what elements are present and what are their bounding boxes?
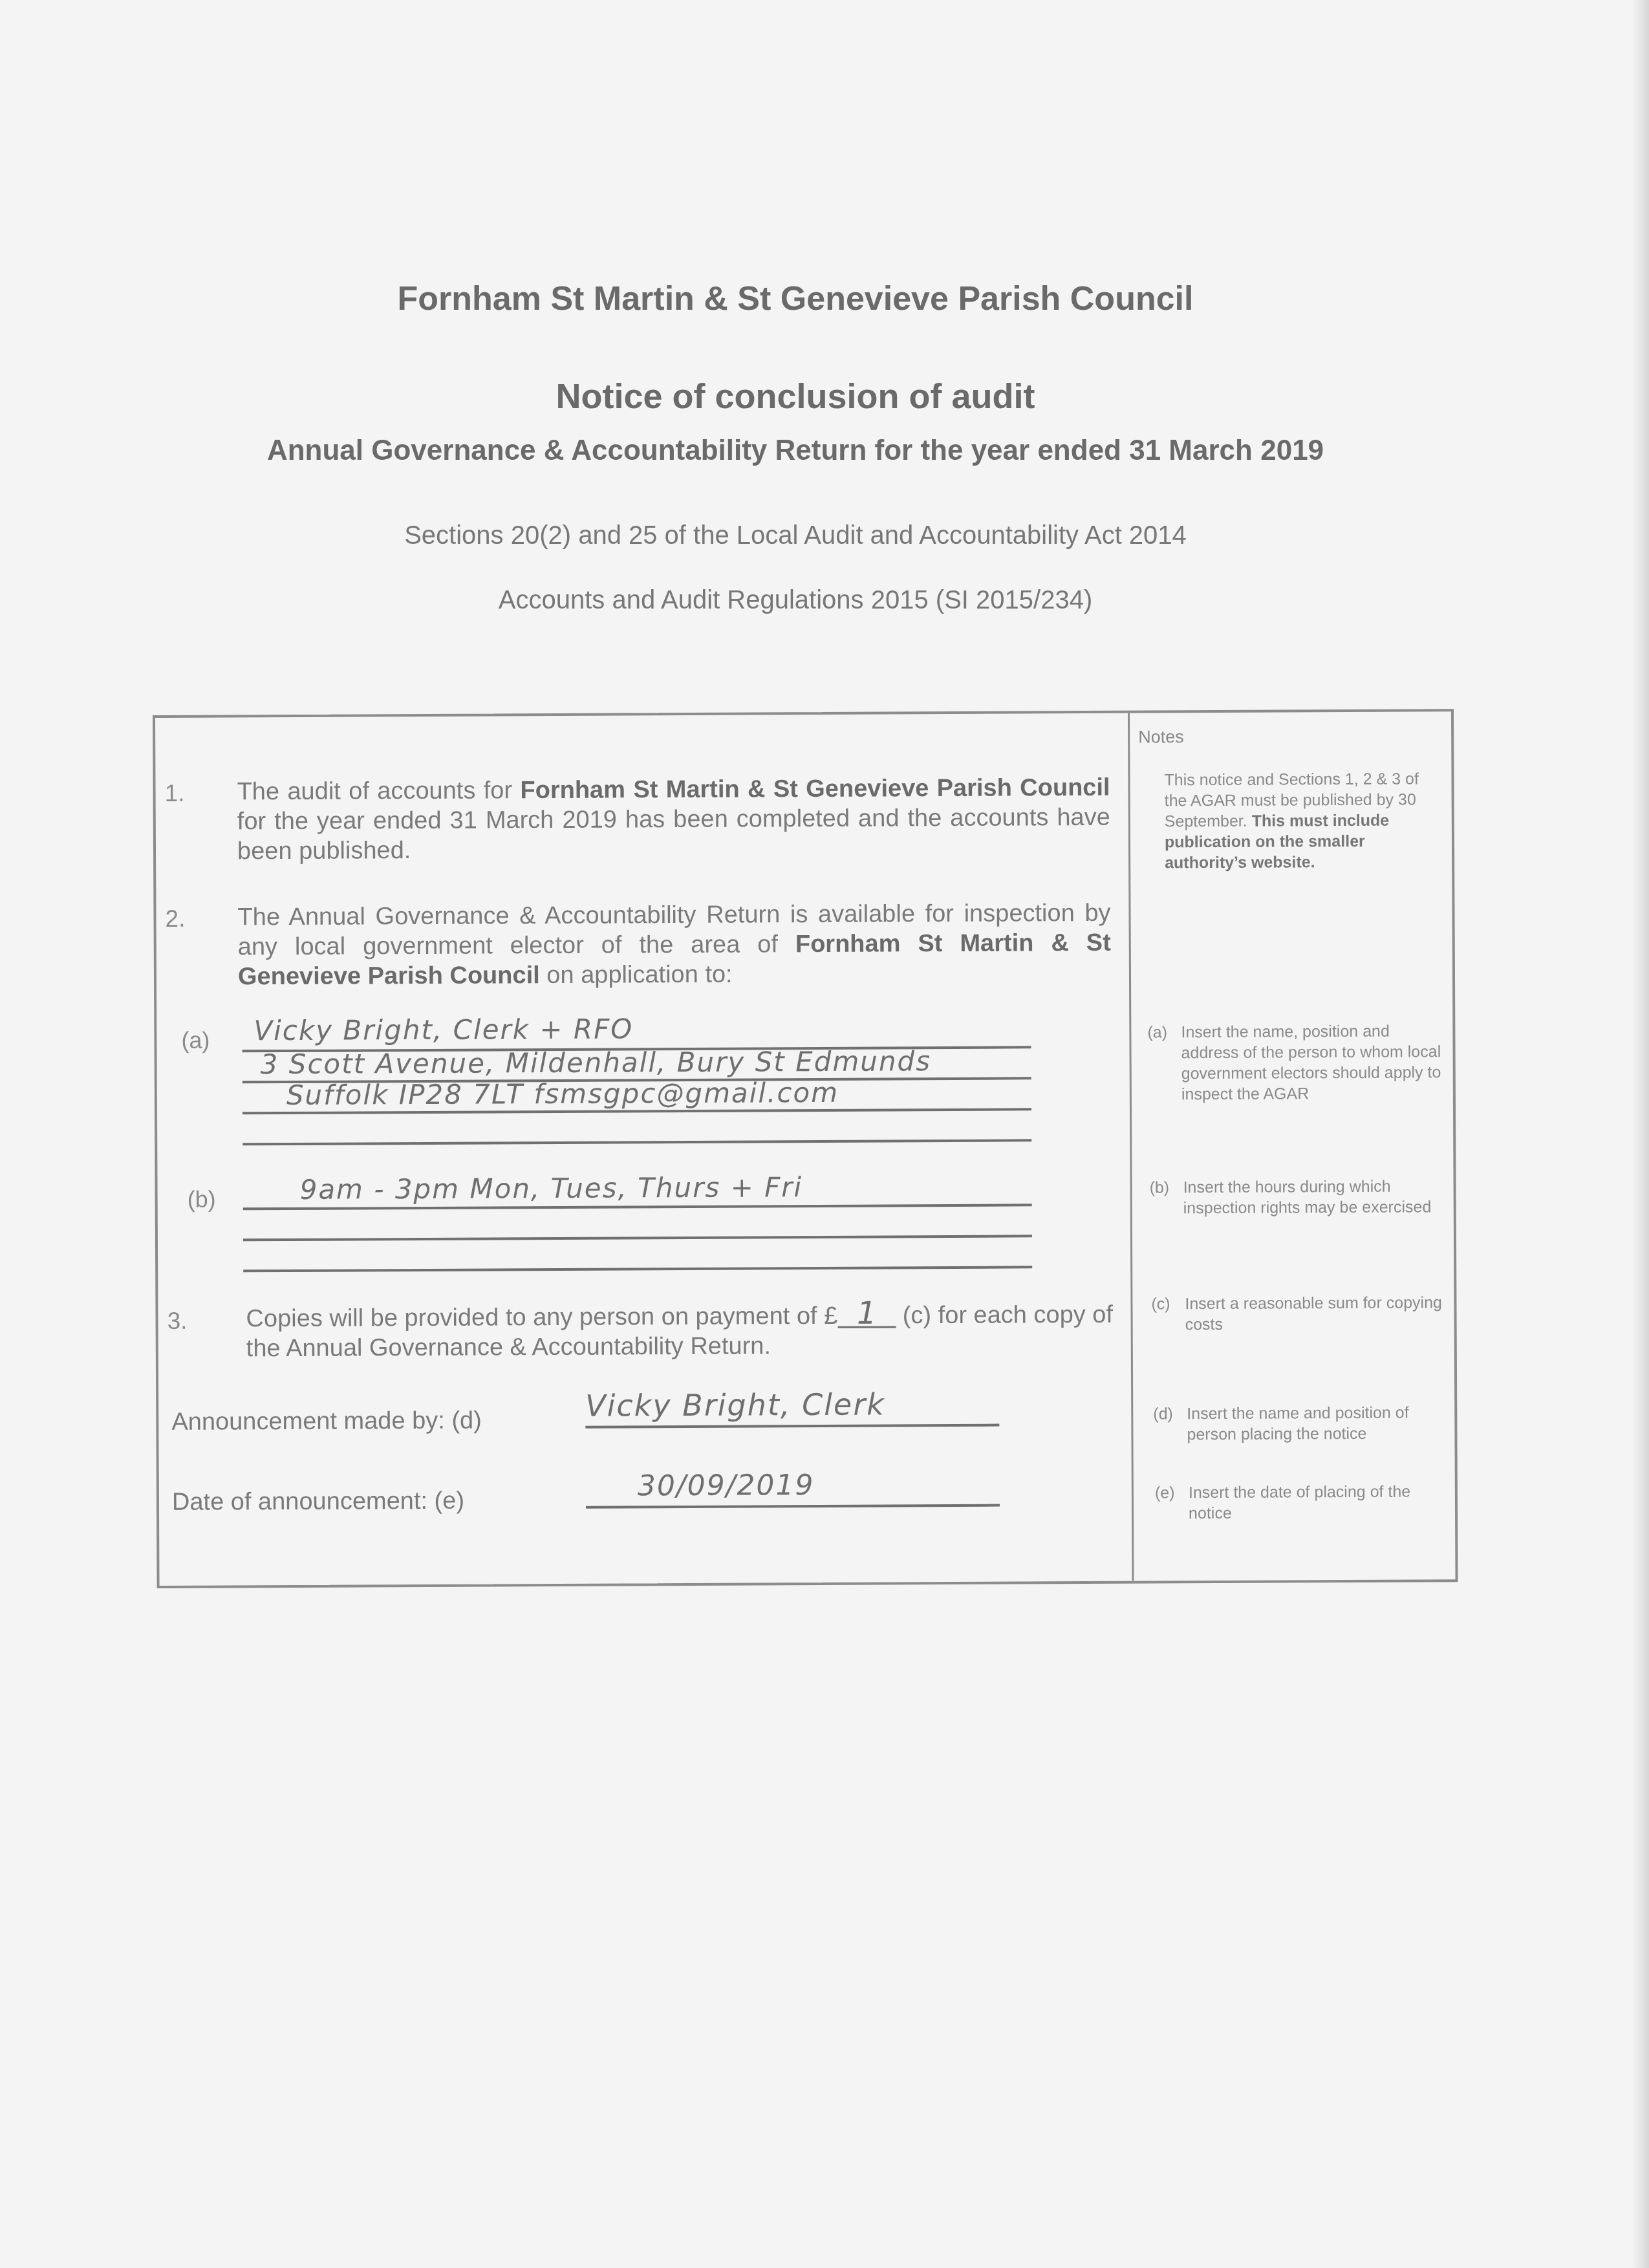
notice-form-box: 1. The audit of accounts for Fornham St …: [153, 709, 1458, 1588]
scan-edge-shadow: [1632, 0, 1649, 2268]
agar-title: Annual Governance & Accountability Retur…: [0, 435, 1591, 467]
note-b: (b)Insert the hours during which inspect…: [1183, 1176, 1449, 1218]
field-b-label: (b): [188, 1186, 216, 1213]
legislation-regulations: Accounts and Audit Regulations 2015 (SI …: [0, 586, 1591, 615]
note-e: (e)Insert the date of placing of the not…: [1189, 1481, 1454, 1524]
note-c: (c)Insert a reasonable sum for copying c…: [1185, 1292, 1450, 1335]
note-c-tag: (c): [1151, 1293, 1170, 1314]
note-e-text: Insert the date of placing of the notice: [1189, 1483, 1410, 1523]
note-c-text: Insert a reasonable sum for copying cost…: [1185, 1293, 1442, 1334]
field-a-rule-4: [242, 1139, 1031, 1145]
item-2-post: on application to:: [540, 961, 733, 989]
note-d-text: Insert the name and position of person p…: [1187, 1404, 1408, 1444]
item-2-text: The Annual Governance & Accountability R…: [237, 898, 1111, 992]
date-rule: [586, 1504, 1000, 1509]
note-b-tag: (b): [1150, 1177, 1170, 1198]
announcement-label: Announcement made by: (d): [171, 1406, 482, 1437]
council-title: Fornham St Martin & St Genevieve Parish …: [0, 279, 1591, 318]
date-label: Date of announcement: (e): [172, 1486, 464, 1517]
notice-title: Notice of conclusion of audit: [0, 376, 1591, 416]
field-b-line-1[interactable]: 9am - 3pm Mon, Tues, Thurs + Fri: [299, 1171, 803, 1205]
item-1-council: Fornham St Martin & St Genevieve Parish …: [520, 774, 1110, 804]
announcement-rule: [585, 1424, 999, 1429]
legislation-sections: Sections 20(2) and 25 of the Local Audit…: [0, 521, 1591, 550]
field-a-line-3[interactable]: Suffolk IP28 7LT fsmsgpc@gmail.com: [286, 1077, 839, 1111]
item-2-number: 2.: [165, 905, 185, 933]
field-a-label: (a): [181, 1027, 210, 1054]
copy-cost-amount[interactable]: 1: [837, 1300, 896, 1328]
item-3-pre: Copies will be provided to any person on…: [246, 1302, 837, 1332]
field-a-line-2[interactable]: 3 Scott Avenue, Mildenhall, Bury St Edmu…: [261, 1045, 932, 1080]
announcement-value[interactable]: Vicky Bright, Clerk: [585, 1387, 885, 1423]
note-a-tag: (a): [1147, 1022, 1167, 1042]
note-b-text: Insert the hours during which inspection…: [1183, 1178, 1432, 1218]
field-b-rule-2: [243, 1235, 1032, 1241]
item-3-text: Copies will be provided to any person on…: [246, 1299, 1119, 1364]
notes-intro: This notice and Sections 1, 2 & 3 of the…: [1164, 768, 1443, 873]
item-1-text: The audit of accounts for Fornham St Mar…: [237, 773, 1110, 867]
field-a-line-1[interactable]: Vicky Bright, Clerk + RFO: [253, 1013, 633, 1046]
date-value[interactable]: 30/09/2019: [638, 1469, 815, 1502]
field-b-rule-3: [243, 1266, 1032, 1272]
item-1-number: 1.: [164, 780, 184, 807]
note-d-tag: (d): [1153, 1403, 1173, 1424]
item-3-number: 3.: [167, 1308, 187, 1335]
item-1-post: for the year ended 31 March 2019 has bee…: [237, 804, 1110, 865]
note-a: (a)Insert the name, position and address…: [1181, 1021, 1447, 1105]
note-e-tag: (e): [1155, 1482, 1175, 1503]
item-1-pre: The audit of accounts for: [237, 777, 520, 805]
note-d: (d)Insert the name and position of perso…: [1187, 1402, 1452, 1445]
notes-column-divider: [1128, 713, 1134, 1581]
notes-heading: Notes: [1138, 727, 1184, 747]
note-a-text: Insert the name, position and address of…: [1181, 1022, 1441, 1104]
